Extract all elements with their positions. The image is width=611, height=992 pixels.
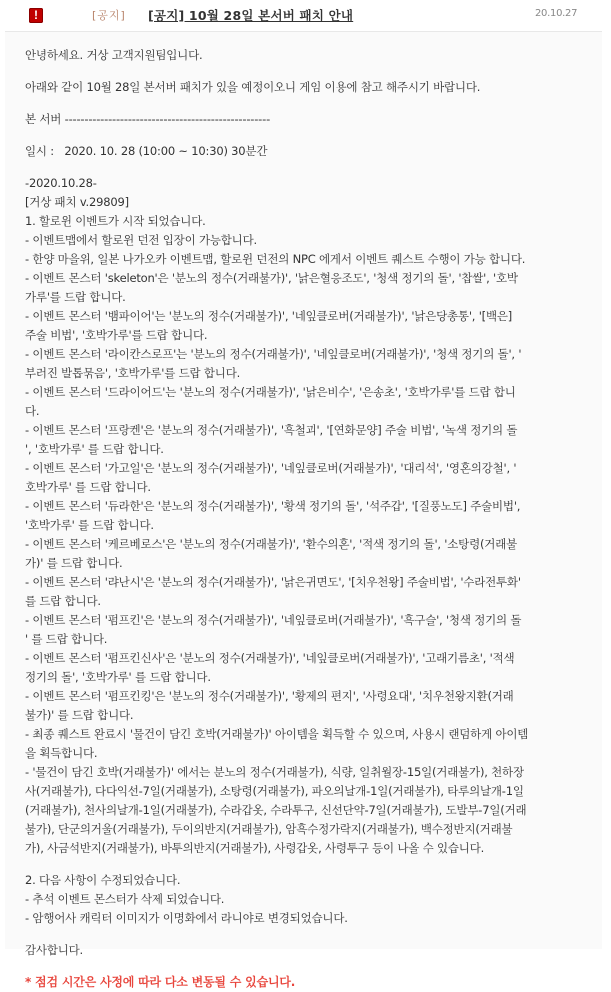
patch-note-line: - 이벤트 몬스터 '듀라한'은 '분노의 정수(거래불가)', '황색 정기의…	[25, 497, 597, 516]
patch-note-line: - 이벤트 몬스터 'skeleton'은 '분노의 정수(거래불가)', '낡…	[25, 269, 597, 288]
patch-note-line: - 이벤트 몬스터 '드라이어드'는 '분노의 정수(거래불가)', '낡은비수…	[25, 383, 597, 402]
patch-note-line: 호박가루' 를 드랍 합니다.	[25, 478, 597, 497]
patch-note-line: 을 획득합니다.	[25, 744, 597, 763]
notice-content-panel: 안녕하세요. 거상 고객지원팀입니다. 아래와 같이 10월 28일 본서버 패…	[5, 31, 602, 948]
patch-note-line: 주술 비법', '호박가루'를 드랍 합니다.	[25, 326, 597, 345]
patch-note-line: 를 드랍 합니다.	[25, 592, 597, 611]
server-line: 본 서버 -----------------------------------…	[25, 110, 597, 129]
patch-note-line: - 이벤트 몬스터 '랴난시'은 '분노의 정수(거래불가)', '낡은귀면도'…	[25, 573, 597, 592]
notice-row-header: ! [공지] [공지] 10월 28일 본서버 패치 안내 20.10.27	[0, 0, 611, 32]
patch-note-line: - 한양 마을위, 일본 나가오카 이벤트맵, 할로윈 던전의 NPC 에게서 …	[25, 250, 597, 269]
patch-note-line: - 이벤트 몬스터 '펌프킨킹'은 '분노의 정수(거래불가)', '황제의 편…	[25, 687, 597, 706]
patch-note-line: - 이벤트맵에서 할로윈 던전 입장이 가능합니다.	[25, 231, 597, 250]
patch-note-line: - 이벤트 몬스터 '케르베로스'은 '분노의 정수(거래불가)', '환수의혼…	[25, 535, 597, 554]
notice-category-label: [공지]	[92, 7, 126, 23]
intro-text: 아래와 같이 10월 28일 본서버 패치가 있을 예정이오니 게임 이용에 참…	[25, 78, 597, 97]
closing-text: 감사합니다.	[25, 941, 597, 948]
patch-note-line: - 이벤트 몬스터 '펌프킨'은 '분노의 정수(거래불가)', '네잎클로버(…	[25, 611, 597, 630]
patch-date-line: -2020.10.28-	[25, 174, 597, 193]
patch-note-line: 가)' 를 드랍 합니다.	[25, 554, 597, 573]
patch-note-line: 2. 다음 사항이 수정되었습니다.	[25, 871, 597, 890]
patch-note-line: ' 를 드랍 합니다.	[25, 630, 597, 649]
patch-note-line: 정기의 돌', '호박가루' 를 드랍 합니다.	[25, 668, 597, 687]
section-1-lines: 1. 할로윈 이벤트가 시작 되었습니다.- 이벤트맵에서 할로윈 던전 입장이…	[25, 212, 597, 858]
patch-note-line: 가루'를 드랍 합니다.	[25, 288, 597, 307]
patch-note-line: 1. 할로윈 이벤트가 시작 되었습니다.	[25, 212, 597, 231]
patch-note-line: - 이벤트 몬스터 '뱀파이어'는 '분노의 정수(거래불가)', '네잎클로버…	[25, 307, 597, 326]
notice-date: 20.10.27	[535, 8, 577, 19]
patch-note-line: 불가), 단군의거울(거래불가), 두이의반지(거래불가), 암흑수정가락지(거…	[25, 820, 597, 839]
section-2-lines: 2. 다음 사항이 수정되었습니다.- 추석 이벤트 몬스터가 삭제 되었습니다…	[25, 871, 597, 928]
patch-note-line: 다.	[25, 402, 597, 421]
patch-note-line: - 이벤트 몬스터 '라이칸스로프'는 '분노의 정수(거래불가)', '네잎클…	[25, 345, 597, 364]
patch-note-line: ', '호박가루' 를 드랍 합니다.	[25, 440, 597, 459]
notice-title-link[interactable]: [공지] 10월 28일 본서버 패치 안내	[148, 6, 353, 24]
patch-note-line: 불가)' 를 드랍 합니다.	[25, 706, 597, 725]
patch-note-line: 사(거래불가), 다다익선-7일(거래불가), 소탕령(거래불가), 파오의날개…	[25, 782, 597, 801]
patch-note-line: 가), 사금석반지(거래불가), 바투의반지(거래불가), 사령갑옷, 사령투구…	[25, 839, 597, 858]
patch-note-line: - 이벤트 몬스터 '펌프킨신사'은 '분노의 정수(거래불가)', '네잎클로…	[25, 649, 597, 668]
notice-body: 안녕하세요. 거상 고객지원팀입니다. 아래와 같이 10월 28일 본서버 패…	[5, 32, 597, 948]
patch-note-line: 부러진 발톱묶음', '호박가루'를 드랍 합니다.	[25, 364, 597, 383]
patch-note-line: (거래불가), 천사의날개-1일(거래불가), 수라갑옷, 수라투구, 신선단약…	[25, 801, 597, 820]
schedule-text: 일시 : 2020. 10. 28 (10:00 ~ 10:30) 30분간	[25, 142, 597, 161]
patch-version: [거상 패치 v.29809]	[25, 193, 597, 212]
patch-note-line: '호박가루' 를 드랍 합니다.	[25, 516, 597, 535]
patch-note-line: - 이벤트 몬스터 '가고일'은 '분노의 정수(거래불가)', '네잎클로버(…	[25, 459, 597, 478]
patch-notes-section-2: 2. 다음 사항이 수정되었습니다.- 추석 이벤트 몬스터가 삭제 되었습니다…	[25, 871, 597, 928]
patch-note-line: - 암행어사 캐릭터 이미지가 이명화에서 라니야로 변경되었습니다.	[25, 909, 597, 928]
patch-note-line: - '물건이 담긴 호박(거래불가)' 에서는 분노의 정수(거래불가), 식량…	[25, 763, 597, 782]
patch-note-line: - 이벤트 몬스터 '프랑켄'은 '분노의 정수(거래불가)', '흑철괴', …	[25, 421, 597, 440]
patch-note-line: - 추석 이벤트 몬스터가 삭제 되었습니다.	[25, 890, 597, 909]
patch-note-line: - 최종 퀘스트 완료시 '물건이 담긴 호박(거래불가)' 아이템을 획득할 …	[25, 725, 597, 744]
greeting-text: 안녕하세요. 거상 고객지원팀입니다.	[25, 46, 597, 65]
notice-exclamation-icon: !	[29, 8, 43, 23]
patch-notes-section-1: -2020.10.28- [거상 패치 v.29809] 1. 할로윈 이벤트가…	[25, 174, 597, 858]
